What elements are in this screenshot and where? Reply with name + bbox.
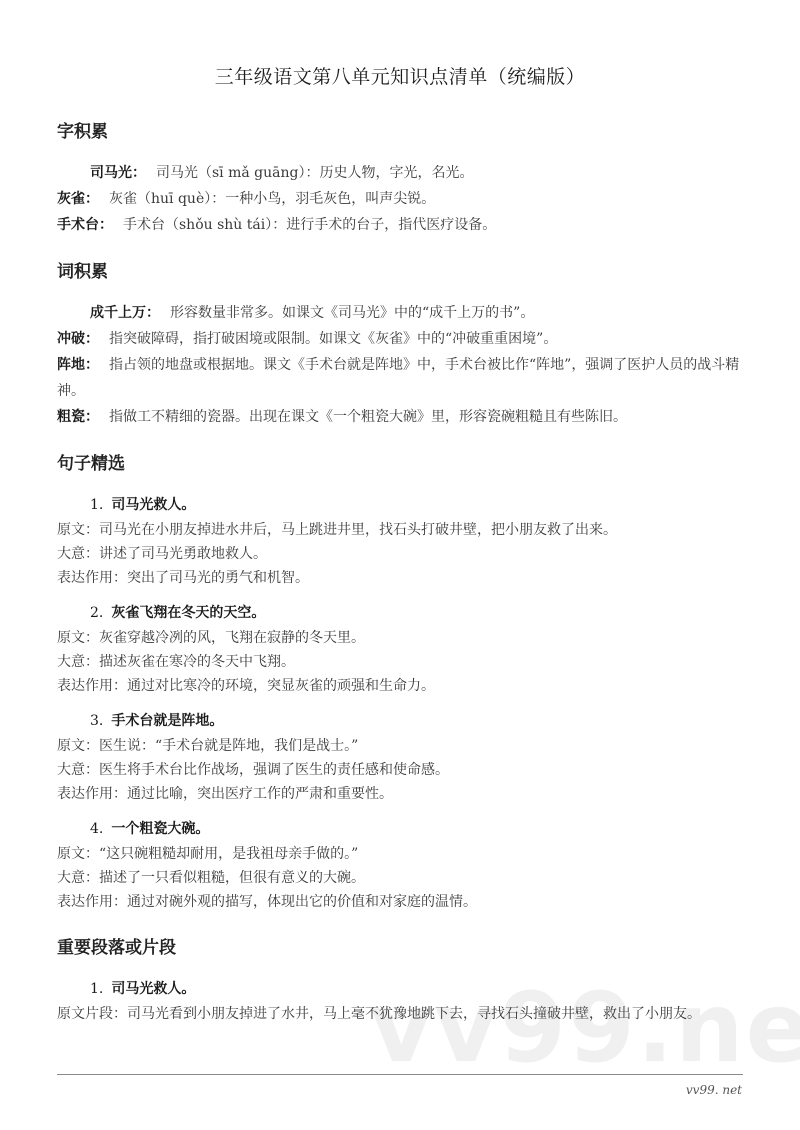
char-entry: 灰雀：灰雀（huī què）：一种小鸟，羽毛灰色，叫声尖锐。 bbox=[57, 186, 747, 212]
item-number: 2. bbox=[90, 605, 103, 621]
entry-term: 成千上万： bbox=[90, 305, 160, 321]
entry-term: 阵地： bbox=[57, 357, 99, 373]
sentence-effect: 表达作用：通过对碗外观的描写，体现出它的价值和对家庭的温情。 bbox=[57, 890, 747, 914]
passage-item: 1.司马光救人。 原文片段：司马光看到小朋友掉进了水井，马上毫不犹豫地跳下去，寻… bbox=[57, 976, 747, 1026]
word-entry: 成千上万：形容数量非常多。如课文《司马光》中的“成千上万的书”。 bbox=[57, 300, 747, 326]
sentence-effect: 表达作用：突出了司马光的勇气和机智。 bbox=[57, 566, 747, 590]
item-number: 1. bbox=[90, 981, 103, 997]
entry-term: 司马光： bbox=[90, 165, 146, 181]
entry-term: 手术台： bbox=[57, 217, 113, 233]
sentence-title: 4.一个粗瓷大碗。 bbox=[57, 816, 747, 842]
section-passages: 重要段落或片段 1.司马光救人。 原文片段：司马光看到小朋友掉进了水井，马上毫不… bbox=[57, 936, 747, 1026]
entry-term: 灰雀： bbox=[57, 191, 99, 207]
word-entry: 阵地：指占领的地盘或根据地。课文《手术台就是阵地》中，手术台被比作“阵地”，强调… bbox=[57, 352, 747, 404]
sentence-original: 原文：灰雀穿越冷冽的风，飞翔在寂静的冬天里。 bbox=[57, 626, 747, 650]
sentence-effect: 表达作用：通过对比寒冷的环境，突显灰雀的顽强和生命力。 bbox=[57, 674, 747, 698]
sentence-original: 原文：司马光在小朋友掉进水井后，马上跳进井里，找石头打破井壁，把小朋友救了出来。 bbox=[57, 518, 747, 542]
item-title: 司马光救人。 bbox=[111, 497, 195, 513]
item-title: 灰雀飞翔在冬天的天空。 bbox=[111, 605, 265, 621]
entry-text: 司马光（sī mǎ guāng）：历史人物，字光，名光。 bbox=[156, 165, 474, 181]
entry-term: 冲破： bbox=[57, 331, 99, 347]
footer-divider bbox=[57, 1074, 743, 1075]
sentence-title: 3.手术台就是阵地。 bbox=[57, 708, 747, 734]
document-page: vv99.net 三年级语文第八单元知识点清单（统编版） 字积累 司马光：司马光… bbox=[0, 0, 800, 1130]
word-entry: 粗瓷：指做工不精细的瓷器。出现在课文《一个粗瓷大碗》里，形容瓷碗粗糙且有些陈旧。 bbox=[57, 404, 747, 430]
footer-site-label: vv99. net bbox=[686, 1083, 742, 1097]
sentence-title: 2.灰雀飞翔在冬天的天空。 bbox=[57, 600, 747, 626]
item-title: 司马光救人。 bbox=[111, 981, 195, 997]
sentence-original: 原文：医生说：“手术台就是阵地，我们是战士。” bbox=[57, 734, 747, 758]
sentence-original: 原文：“这只碗粗糙却耐用，是我祖母亲手做的。” bbox=[57, 842, 747, 866]
char-entry: 手术台：手术台（shǒu shù tái）：进行手术的台子，指代医疗设备。 bbox=[57, 212, 747, 238]
word-entry: 冲破：指突破障碍，指打破困境或限制。如课文《灰雀》中的“冲破重重困境”。 bbox=[57, 326, 747, 352]
document-content: 字积累 司马光：司马光（sī mǎ guāng）：历史人物，字光，名光。 灰雀：… bbox=[57, 120, 747, 1048]
section-words: 词积累 成千上万：形容数量非常多。如课文《司马光》中的“成千上万的书”。 冲破：… bbox=[57, 260, 747, 430]
sentence-meaning: 大意：描述灰雀在寒冷的冬天中飞翔。 bbox=[57, 650, 747, 674]
char-entry: 司马光：司马光（sī mǎ guāng）：历史人物，字光，名光。 bbox=[57, 160, 747, 186]
sentence-item: 1.司马光救人。 原文：司马光在小朋友掉进水井后，马上跳进井里，找石头打破井壁，… bbox=[57, 492, 747, 590]
item-title: 一个粗瓷大碗。 bbox=[111, 821, 209, 837]
passage-title: 1.司马光救人。 bbox=[57, 976, 747, 1002]
sentence-item: 4.一个粗瓷大碗。 原文：“这只碗粗糙却耐用，是我祖母亲手做的。” 大意：描述了… bbox=[57, 816, 747, 914]
sentence-meaning: 大意：医生将手术台比作战场，强调了医生的责任感和使命感。 bbox=[57, 758, 747, 782]
section-heading: 字积累 bbox=[57, 120, 747, 144]
entry-term: 粗瓷： bbox=[57, 409, 99, 425]
item-number: 4. bbox=[90, 821, 103, 837]
section-characters: 字积累 司马光：司马光（sī mǎ guāng）：历史人物，字光，名光。 灰雀：… bbox=[57, 120, 747, 238]
sentence-meaning: 大意：描述了一只看似粗糙，但很有意义的大碗。 bbox=[57, 866, 747, 890]
sentence-item: 3.手术台就是阵地。 原文：医生说：“手术台就是阵地，我们是战士。” 大意：医生… bbox=[57, 708, 747, 806]
item-number: 1. bbox=[90, 497, 103, 513]
sentence-meaning: 大意：讲述了司马光勇敢地救人。 bbox=[57, 542, 747, 566]
entry-text: 指占领的地盘或根据地。课文《手术台就是阵地》中，手术台被比作“阵地”，强调了医护… bbox=[57, 357, 739, 399]
section-sentences: 句子精选 1.司马光救人。 原文：司马光在小朋友掉进水井后，马上跳进井里，找石头… bbox=[57, 452, 747, 914]
item-title: 手术台就是阵地。 bbox=[111, 713, 223, 729]
section-heading: 句子精选 bbox=[57, 452, 747, 476]
entry-text: 手术台（shǒu shù tái）：进行手术的台子，指代医疗设备。 bbox=[123, 217, 496, 233]
entry-text: 形容数量非常多。如课文《司马光》中的“成千上万的书”。 bbox=[170, 305, 534, 321]
item-number: 3. bbox=[90, 713, 103, 729]
sentence-title: 1.司马光救人。 bbox=[57, 492, 747, 518]
passage-excerpt: 原文片段：司马光看到小朋友掉进了水井，马上毫不犹豫地跳下去，寻找石头撞破井壁，救… bbox=[57, 1002, 747, 1026]
entry-text: 指做工不精细的瓷器。出现在课文《一个粗瓷大碗》里，形容瓷碗粗糙且有些陈旧。 bbox=[109, 409, 627, 425]
entry-text: 指突破障碍，指打破困境或限制。如课文《灰雀》中的“冲破重重困境”。 bbox=[109, 331, 557, 347]
section-heading: 词积累 bbox=[57, 260, 747, 284]
sentence-item: 2.灰雀飞翔在冬天的天空。 原文：灰雀穿越冷冽的风，飞翔在寂静的冬天里。 大意：… bbox=[57, 600, 747, 698]
page-title: 三年级语文第八单元知识点清单（统编版） bbox=[0, 62, 800, 89]
sentence-effect: 表达作用：通过比喻，突出医疗工作的严肃和重要性。 bbox=[57, 782, 747, 806]
entry-text: 灰雀（huī què）：一种小鸟，羽毛灰色，叫声尖锐。 bbox=[109, 191, 435, 207]
section-heading: 重要段落或片段 bbox=[57, 936, 747, 960]
